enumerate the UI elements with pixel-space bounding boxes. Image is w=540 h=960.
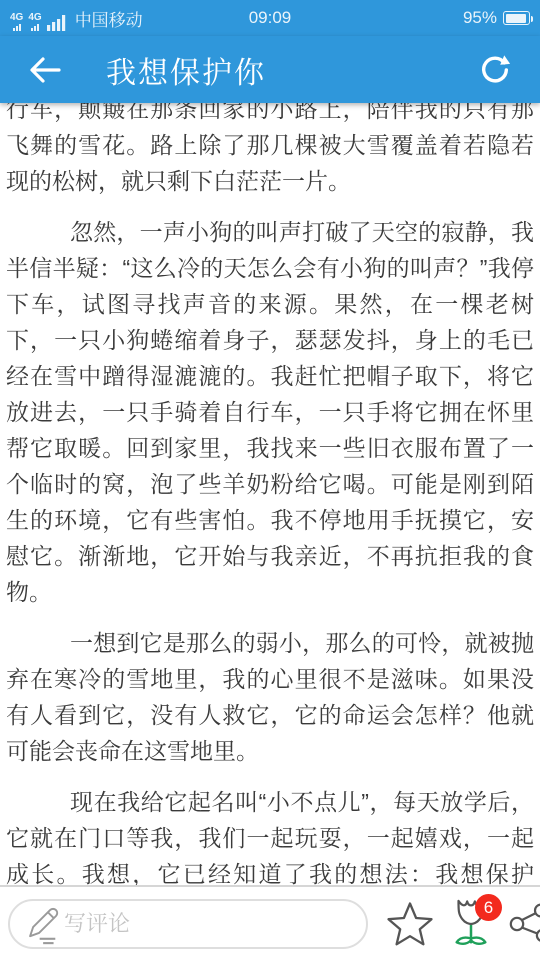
send-flower-button[interactable]: 6 <box>446 896 496 952</box>
star-icon <box>386 900 434 948</box>
battery-icon <box>503 11 530 25</box>
navigation-header: 我想保护你 <box>0 36 540 103</box>
article-paragraph: 忽然，一声小狗的叫声打破了天空的寂静，我半信半疑：“这么冷的天怎么会有小狗的叫声… <box>6 214 534 610</box>
status-bar: 4G 4G 中国移动 09:09 95% <box>0 0 540 36</box>
back-button[interactable] <box>26 51 64 89</box>
article-body[interactable]: 行车，颠簸在那条回家的小路上，陪伴我的只有那飞舞的雪花。路上除了那几棵被大雪覆盖… <box>0 103 540 885</box>
carrier-label: 中国移动 <box>75 6 143 31</box>
sim2-signal-bars-icon <box>31 24 39 31</box>
battery-percent-label: 95% <box>463 8 497 28</box>
refresh-button[interactable] <box>476 51 514 89</box>
comment-pill[interactable] <box>8 899 368 949</box>
page-title: 我想保护你 <box>106 48 266 92</box>
article-paragraph: 行车，颠簸在那条回家的小路上，陪伴我的只有那飞舞的雪花。路上除了那几棵被大雪覆盖… <box>6 103 534 199</box>
sim2-4g-badge: 4G <box>28 13 41 31</box>
bottom-action-bar: 6 <box>0 885 540 960</box>
sim2-4g-label: 4G <box>28 13 41 23</box>
signal-cluster: 4G 4G 中国移动 <box>10 6 143 31</box>
article-paragraph: 现在我给它起名叫“小不点儿”，每天放学后，它就在门口等我，我们一起玩耍，一起嬉戏… <box>6 784 534 885</box>
sim1-4g-label: 4G <box>10 13 23 23</box>
article-paragraph: 一想到它是那么的弱小，那么的可怜，就被抛弃在寒冷的雪地里，我的心里很不是滋味。如… <box>6 625 534 769</box>
refresh-icon <box>478 53 512 87</box>
favorite-star-button[interactable] <box>386 896 434 952</box>
sim1-4g-badge: 4G <box>10 13 23 31</box>
arrow-left-icon <box>27 52 63 88</box>
pencil-icon <box>24 902 64 946</box>
flower-count-badge: 6 <box>475 894 502 921</box>
share-icon <box>508 903 540 945</box>
signal-bars-icon <box>47 14 67 31</box>
share-button[interactable] <box>508 896 540 952</box>
comment-input[interactable] <box>64 911 352 937</box>
sim1-signal-bars-icon <box>13 24 21 31</box>
